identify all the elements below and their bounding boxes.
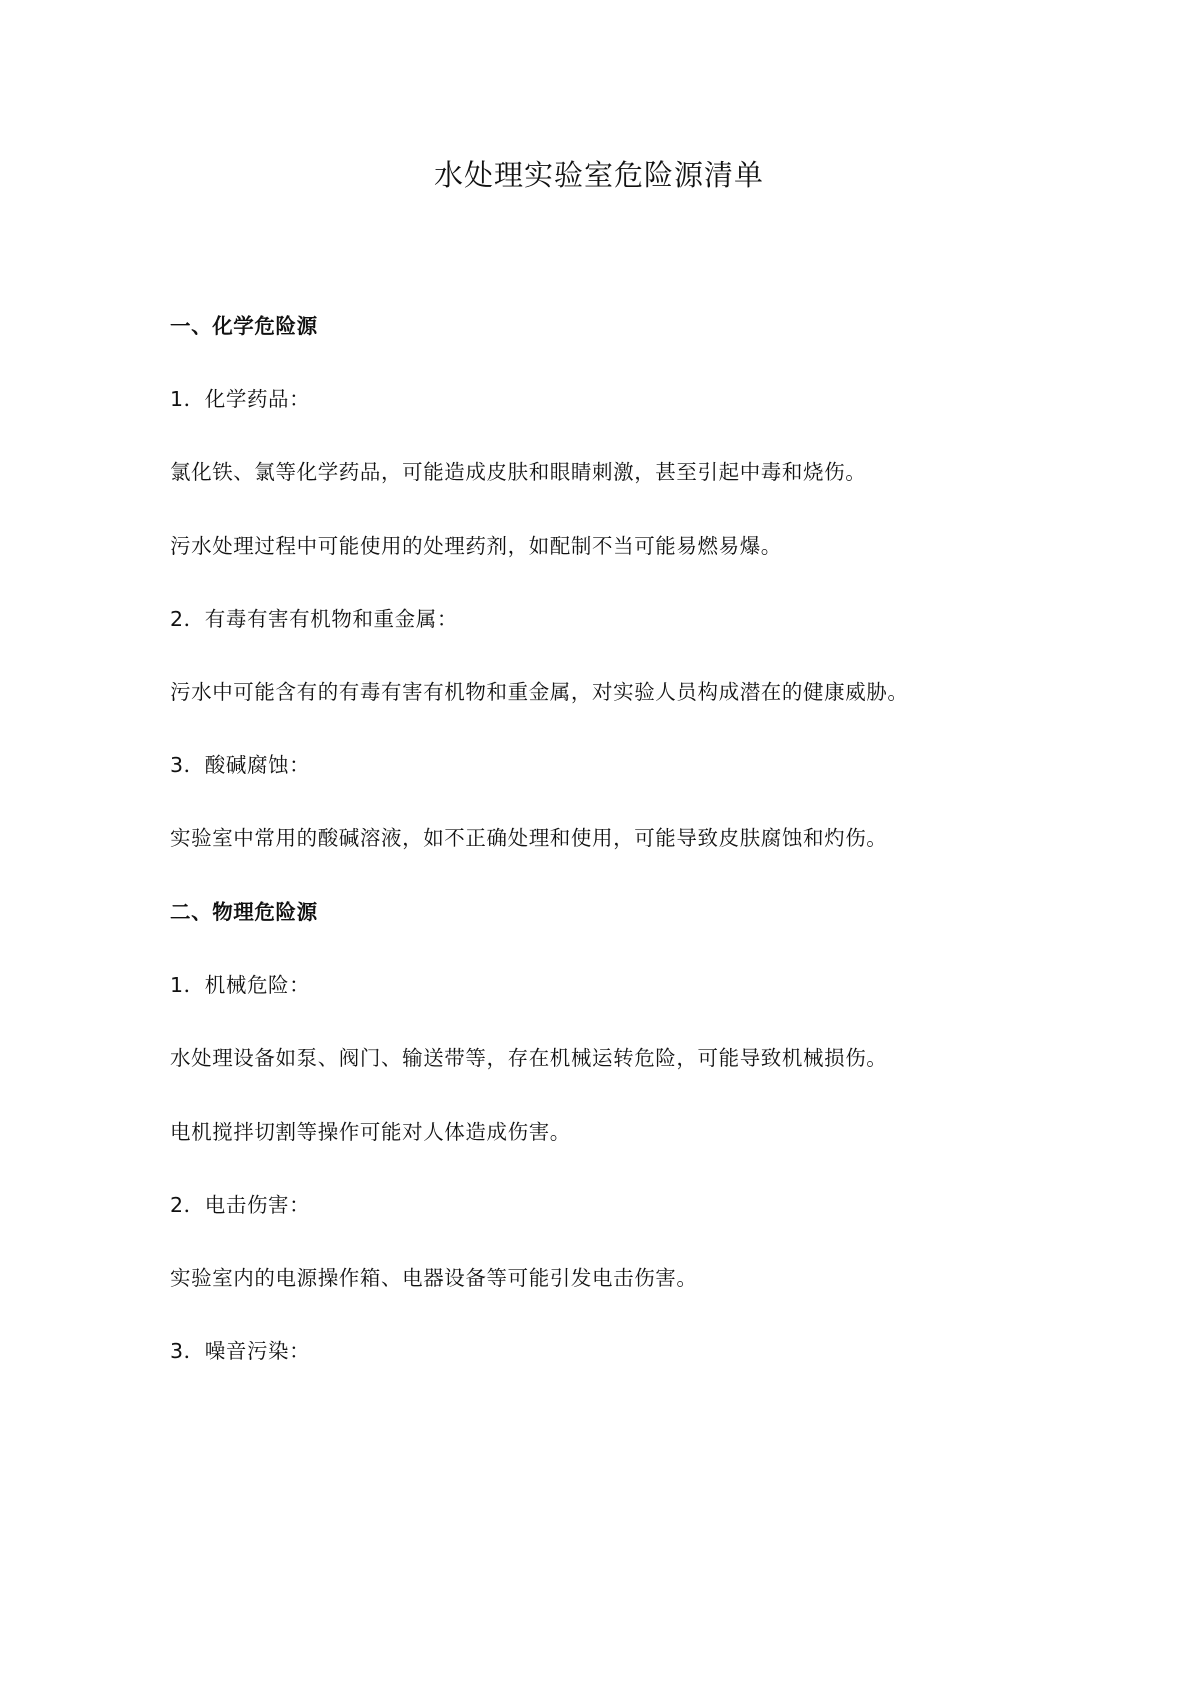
subheading-toxic-organics: 2．有毒有害有机物和重金属： (170, 604, 458, 634)
paragraph: 实验室内的电源操作箱、电器设备等可能引发电击伤害。 (170, 1263, 698, 1293)
subheading-chemicals: 1．化学药品： (170, 384, 310, 414)
section-heading-physical: 二、物理危险源 (170, 897, 318, 927)
section-heading-chemical: 一、化学危险源 (170, 311, 318, 341)
subheading-electric-shock: 2．电击伤害： (170, 1190, 310, 1220)
document-title: 水处理实验室危险源清单 (0, 156, 1190, 194)
paragraph: 电机搅拌切割等操作可能对人体造成伤害。 (170, 1117, 571, 1147)
subheading-acid-base: 3．酸碱腐蚀： (170, 750, 310, 780)
paragraph: 实验室中常用的酸碱溶液，如不正确处理和使用，可能导致皮肤腐蚀和灼伤。 (170, 823, 887, 853)
paragraph: 氯化铁、氯等化学药品，可能造成皮肤和眼睛刺激，甚至引起中毒和烧伤。 (170, 457, 866, 487)
document-page: 水处理实验室危险源清单 一、化学危险源 1．化学药品： 氯化铁、氯等化学药品，可… (0, 0, 1190, 1683)
paragraph: 水处理设备如泵、阀门、输送带等，存在机械运转危险，可能导致机械损伤。 (170, 1043, 887, 1073)
paragraph: 污水中可能含有的有毒有害有机物和重金属，对实验人员构成潜在的健康威胁。 (170, 677, 909, 707)
subheading-mechanical: 1．机械危险： (170, 970, 310, 1000)
paragraph: 污水处理过程中可能使用的处理药剂，如配制不当可能易燃易爆。 (170, 531, 782, 561)
subheading-noise: 3．噪音污染： (170, 1336, 310, 1366)
